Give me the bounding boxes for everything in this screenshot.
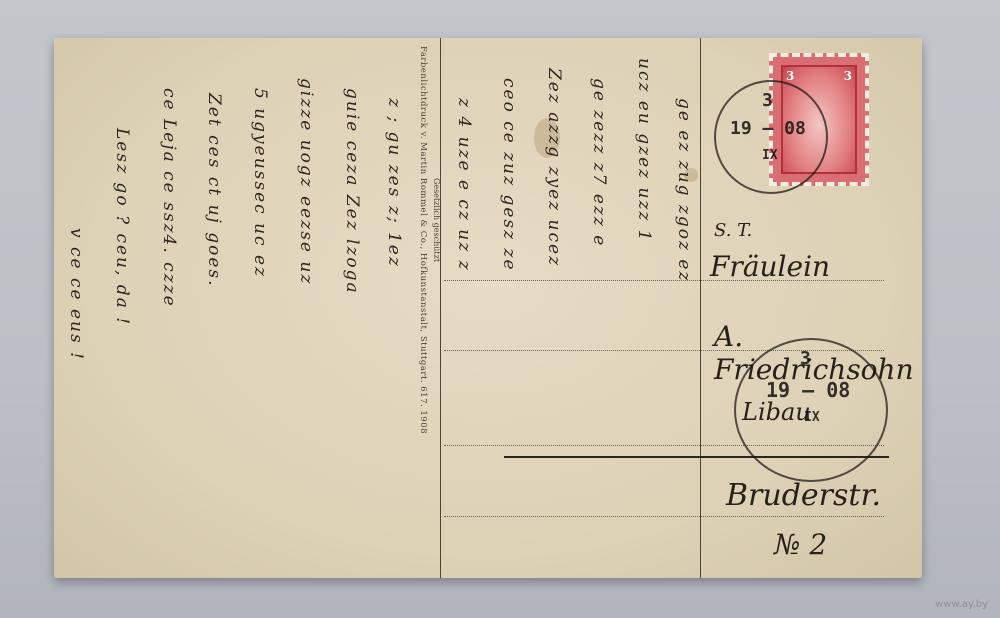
watermark: www.ay.by bbox=[935, 599, 988, 610]
postcard: v ce ce eus ! Lesz go ? ceu, da ! ce Lej… bbox=[54, 38, 922, 578]
message-column: Zet ces ct uj goes. bbox=[204, 93, 224, 553]
message-column: ce Leja ce ssz4. czze bbox=[159, 88, 179, 558]
address-line bbox=[444, 516, 884, 517]
stamp-denomination: 3 bbox=[844, 69, 852, 83]
stamp-denomination: 3 bbox=[786, 69, 794, 83]
postmark-day: 3 bbox=[800, 348, 811, 369]
postmark-month: IX bbox=[804, 410, 820, 425]
postmark-date: 19 — 08 bbox=[766, 378, 850, 402]
message-column: z ; gu zes z; 1ez bbox=[384, 98, 404, 548]
postmark-month: IX bbox=[762, 148, 778, 163]
address-line1: Fräulein bbox=[710, 250, 830, 283]
center-divider bbox=[440, 38, 441, 578]
message-column: ge zezz z7 ezz e bbox=[589, 78, 609, 558]
message-column: ceo ce zuz gesz ze bbox=[499, 78, 519, 558]
address-prefix: S. T. bbox=[714, 220, 752, 241]
message-column: ge ez zug zgoz ez bbox=[674, 98, 694, 558]
postmark-day: 3 bbox=[762, 90, 773, 111]
message-column: guie ceza Zez lzoga bbox=[342, 88, 362, 548]
message-column: gizze uogz eezse uz bbox=[296, 78, 316, 548]
address-divider bbox=[700, 38, 701, 578]
photo-background: { "image": { "subject": "Handwritten ant… bbox=[0, 0, 1000, 618]
address-line4: Bruderstr. bbox=[726, 478, 881, 513]
message-column: v ce ce eus ! bbox=[66, 228, 86, 558]
address-line5: № 2 bbox=[774, 528, 827, 561]
postmark-date: 19 — 08 bbox=[730, 118, 806, 139]
publisher-text: Farbenlichtdruck v. Martin Rommel & Co.,… bbox=[414, 46, 428, 566]
message-column: ucz eu gzez uzz 1 bbox=[634, 58, 654, 558]
message-column: Lesz go ? ceu, da ! bbox=[112, 128, 132, 558]
message-column: Zez azzg zyez ucez bbox=[544, 68, 564, 558]
message-column: 5 ugyeussec uc ez bbox=[250, 88, 270, 548]
message-column: z 4 uze e cz uz z bbox=[454, 98, 474, 558]
